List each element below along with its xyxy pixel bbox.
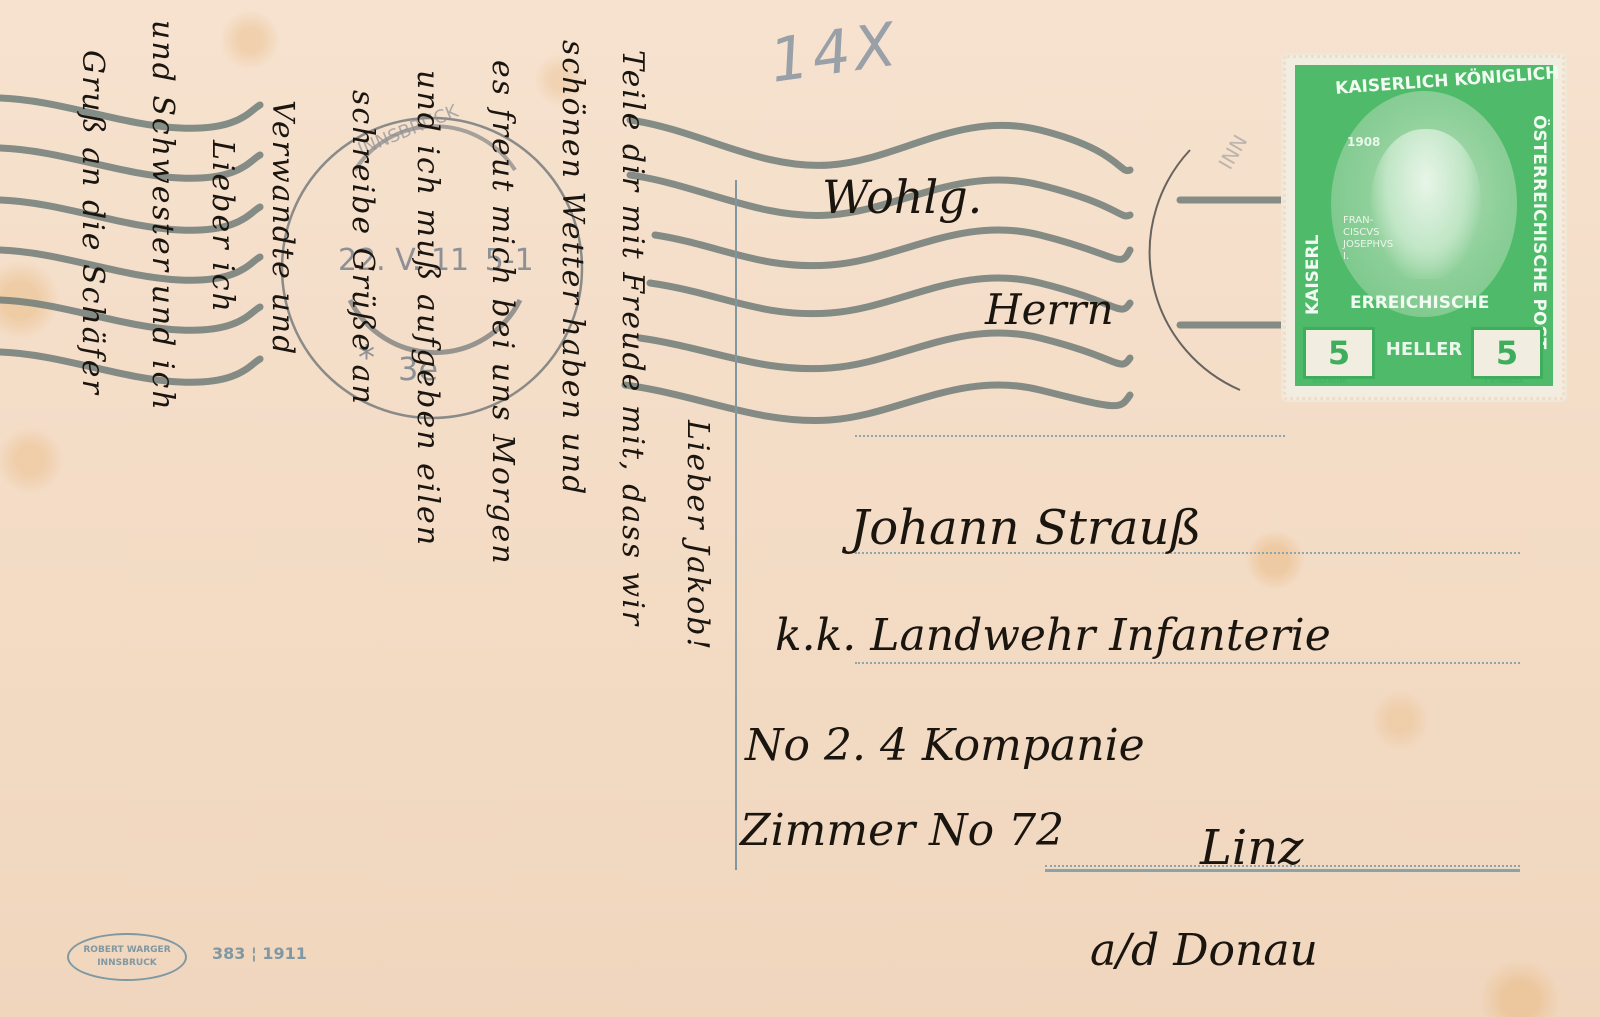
address-divider (735, 180, 737, 870)
stamp-designer-credit: KOLO MOSER (1313, 379, 1346, 385)
stamp-year: 1908 (1347, 135, 1380, 149)
catalog-separator: ¦ (251, 944, 257, 963)
message-column-5: und ich muß aufgeben eilen (410, 70, 445, 547)
address-line-1 (855, 435, 1285, 437)
publisher-city: INNSBRUCK (69, 957, 185, 970)
catalog-number: 383 (212, 944, 245, 963)
publisher-name: ROBERT WARGER (69, 944, 185, 957)
message-column-1: Lieber Jakob! (680, 420, 715, 652)
postcard-back: 14X INNSBRUCK (0, 0, 1600, 1017)
stamp-value-left: 5 (1303, 327, 1375, 379)
catalog-year: 1911 (262, 944, 307, 963)
message-column-7: Verwandte und (265, 100, 300, 356)
stamp-right-inscription: ÖSTERREICHISCHE POST (1529, 115, 1549, 349)
stamp-value-right: 5 (1471, 327, 1543, 379)
publisher-stamp: ROBERT WARGER INNSBRUCK (67, 933, 187, 981)
message-column-4: es freut mich bei uns Morgen (485, 60, 520, 566)
postage-stamp: 1908 FRAN- CISCVS JOSEPHVS I. KAISERLICH… (1283, 55, 1565, 400)
address-room: Zimmer No 72 (740, 805, 1064, 856)
message-column-2: Teile dir mit Freude mit, dass wir (615, 50, 650, 627)
message-column-9: und Schwester und ich (145, 20, 180, 412)
address-region: a/d Donau (1090, 925, 1318, 976)
address-unit: k.k. Landwehr Infanterie (775, 610, 1331, 661)
address-city: Linz (1200, 820, 1303, 876)
stamp-portrait-name: FRAN- CISCVS JOSEPHVS I. (1343, 215, 1393, 263)
stamp-top-inscription: KAISERLICH KÖNIGLICH (1335, 63, 1560, 99)
address-title: Herrn (985, 285, 1114, 334)
publisher-catalog: 383 ¦ 1911 (212, 944, 307, 963)
message-column-6: schreibe Grüße an (345, 90, 380, 406)
address-salutation: Wohlg. (822, 170, 982, 224)
stamp-bottom-inscription: ERREICHISCHE (1350, 293, 1489, 313)
message-column-8: Lieber ich (205, 140, 240, 314)
stamp-currency: HELLER (1383, 339, 1465, 360)
stamp-engraver-credit: F. SCHIRNBÖCK (1485, 379, 1523, 385)
address-line-3 (855, 662, 1520, 664)
stamp-left-inscription: KAISERL (1303, 235, 1323, 315)
message-column-3: schönen Wetter haben und (555, 40, 590, 496)
message-column-10: Gruß an die Schäfer (75, 50, 110, 396)
address-name: Johann Strauß (850, 500, 1201, 556)
stamp-frame: 1908 FRAN- CISCVS JOSEPHVS I. KAISERLICH… (1295, 65, 1553, 386)
address-company: No 2. 4 Kompanie (745, 720, 1145, 771)
